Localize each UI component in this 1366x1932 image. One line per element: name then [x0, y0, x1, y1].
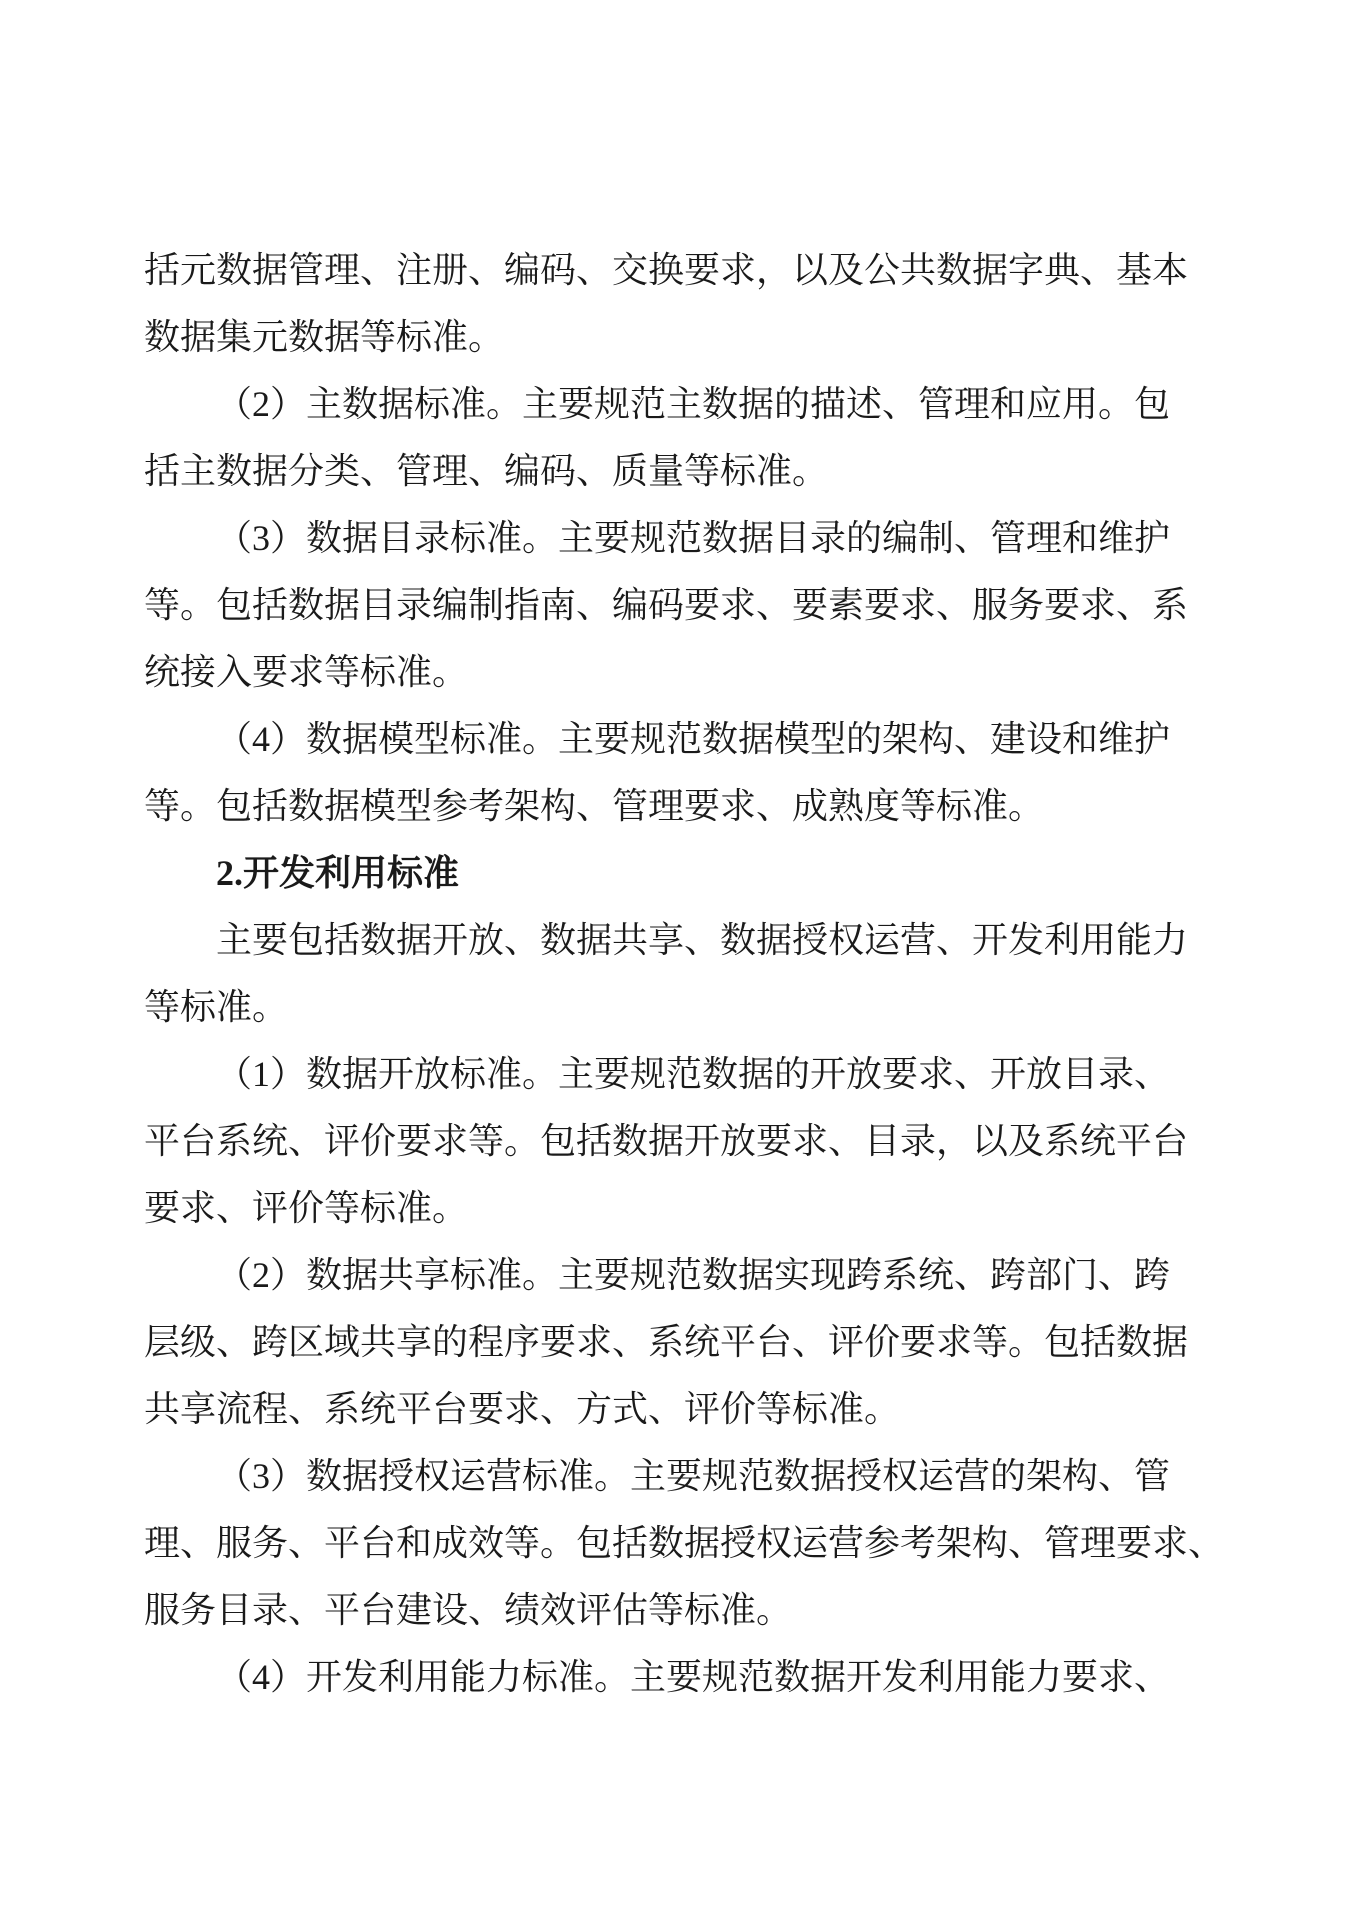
- text-line: 主要包括数据开放、数据共享、数据授权运营、开发利用能力: [144, 907, 1186, 974]
- document-text-block: 括元数据管理、注册、编码、交换要求，以及公共数据字典、基本 数据集元数据等标准。…: [144, 237, 1186, 1711]
- text-line: 括主数据分类、管理、编码、质量等标准。: [144, 438, 1186, 505]
- section-heading: 2.开发利用标准: [144, 840, 1186, 907]
- text-line: （2）主数据标准。主要规范主数据的描述、管理和应用。包: [144, 371, 1186, 438]
- text-line: 平台系统、评价要求等。包括数据开放要求、目录，以及系统平台: [144, 1108, 1186, 1175]
- text-line: 数据集元数据等标准。: [144, 304, 1186, 371]
- text-line: 等。包括数据模型参考架构、管理要求、成熟度等标准。: [144, 773, 1186, 840]
- text-line: 等。包括数据目录编制指南、编码要求、要素要求、服务要求、系: [144, 572, 1186, 639]
- text-line: 共享流程、系统平台要求、方式、评价等标准。: [144, 1376, 1186, 1443]
- text-line: 要求、评价等标准。: [144, 1175, 1186, 1242]
- text-line: 等标准。: [144, 974, 1186, 1041]
- text-line: 理、服务、平台和成效等。包括数据授权运营参考架构、管理要求、: [144, 1510, 1186, 1577]
- text-line: 统接入要求等标准。: [144, 639, 1186, 706]
- document-page: 括元数据管理、注册、编码、交换要求，以及公共数据字典、基本 数据集元数据等标准。…: [0, 0, 1366, 1932]
- text-line: （4）开发利用能力标准。主要规范数据开发利用能力要求、: [144, 1644, 1186, 1711]
- text-line: （2）数据共享标准。主要规范数据实现跨系统、跨部门、跨: [144, 1242, 1186, 1309]
- text-line: 层级、跨区域共享的程序要求、系统平台、评价要求等。包括数据: [144, 1309, 1186, 1376]
- text-line: （1）数据开放标准。主要规范数据的开放要求、开放目录、: [144, 1041, 1186, 1108]
- text-line: （3）数据目录标准。主要规范数据目录的编制、管理和维护: [144, 505, 1186, 572]
- text-line: （3）数据授权运营标准。主要规范数据授权运营的架构、管: [144, 1443, 1186, 1510]
- text-line: 括元数据管理、注册、编码、交换要求，以及公共数据字典、基本: [144, 237, 1186, 304]
- text-line: （4）数据模型标准。主要规范数据模型的架构、建设和维护: [144, 706, 1186, 773]
- text-line: 服务目录、平台建设、绩效评估等标准。: [144, 1577, 1186, 1644]
